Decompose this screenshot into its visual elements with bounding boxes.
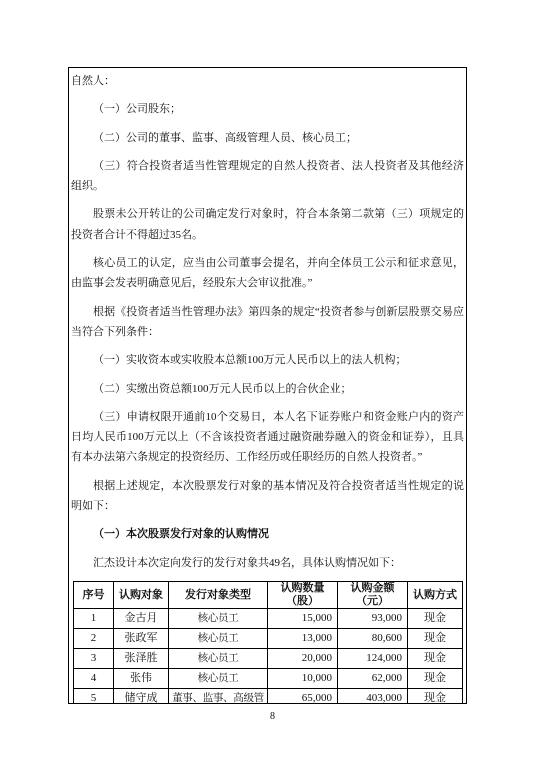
cell-amount: 403,000 [338,688,408,704]
cell-quantity: 65,000 [268,688,338,704]
cell-quantity: 13,000 [268,628,338,648]
header-quantity: 认购数量 （股） [268,581,338,608]
cell-seq: 5 [74,688,114,704]
paragraph-summary: 根据上述规定，本次股票发行对象的基本情况及符合投资者适当性规定的说明如下： [71,476,464,517]
cell-quantity: 10,000 [268,668,338,688]
cell-method: 现金 [408,628,463,648]
header-name: 认购对象 [114,581,169,608]
cell-method: 现金 [408,648,463,668]
header-amount-line2: （元） [340,595,405,608]
paragraph-item-1: （一）公司股东； [71,99,464,119]
cell-method: 现金 [408,688,463,704]
cell-amount: 80,600 [338,628,408,648]
table-row: 1 金古月 核心员工 15,000 93,000 现金 [74,608,463,628]
cell-amount: 124,000 [338,648,408,668]
cell-quantity: 15,000 [268,608,338,628]
cell-type: 董事、监事、高级管 [169,688,268,704]
cell-type: 核心员工 [169,608,268,628]
table-header-row: 序号 认购对象 发行对象类型 认购数量 （股） 认购金额 （元） 认购方式 [74,581,463,608]
paragraph-condition-3: （三）申请权限开通前10个交易日，本人名下证券账户和资金账户内的资产日均人民币1… [71,407,464,468]
paragraph-condition-1: （一）实收资本或实收股本总额100万元人民币以上的法人机构； [71,350,464,370]
header-amount: 认购金额 （元） [338,581,408,608]
table-row: 5 储守成 董事、监事、高级管 65,000 403,000 现金 [74,688,463,704]
header-seq: 序号 [74,581,114,608]
table-intro: 汇杰设计本次定向发行的发行对象共49名，具体认购情况如下： [71,553,464,573]
cell-name: 储守成 [114,688,169,704]
cell-type: 核心员工 [169,648,268,668]
table-row: 2 张政军 核心员工 13,000 80,600 现金 [74,628,463,648]
paragraph-investor-limit: 股票未公开转让的公司确定发行对象时，符合本条第二款第（三）项规定的投资者合计不得… [71,204,464,245]
cell-type: 核心员工 [169,668,268,688]
cell-quantity: 20,000 [268,648,338,668]
cell-name: 张政军 [114,628,169,648]
table-row: 3 张泽胜 核心员工 20,000 124,000 现金 [74,648,463,668]
cell-name: 金古月 [114,608,169,628]
cell-name: 张伟 [114,668,169,688]
document-page: 自然人： （一）公司股东； （二）公司的董事、监事、高级管理人员、核心员工； （… [68,67,467,704]
cell-method: 现金 [408,608,463,628]
header-method: 认购方式 [408,581,463,608]
subscription-table: 序号 认购对象 发行对象类型 认购数量 （股） 认购金额 （元） 认购方式 [73,581,463,704]
header-amount-line1: 认购金额 [340,582,405,595]
header-type: 发行对象类型 [169,581,268,608]
paragraph-condition-2: （二）实缴出资总额100万元人民币以上的合伙企业； [71,379,464,399]
cell-seq: 1 [74,608,114,628]
paragraph-measures-quote: 根据《投资者适当性管理办法》第四条的规定“投资者参与创新层股票交易应当符合下列条… [71,302,464,343]
cell-type: 核心员工 [169,628,268,648]
cell-seq: 2 [74,628,114,648]
subscription-table-wrap: 序号 认购对象 发行对象类型 认购数量 （股） 认购金额 （元） 认购方式 [73,581,462,704]
section-heading: （一）本次股票发行对象的认购情况 [71,524,464,544]
cell-amount: 93,000 [338,608,408,628]
cell-name: 张泽胜 [114,648,169,668]
page-number: 8 [0,711,545,722]
paragraph-core-employee: 核心员工的认定，应当由公司董事会提名，并向全体员工公示和征求意见，由监事会发表明… [71,253,464,294]
cell-method: 现金 [408,668,463,688]
cell-seq: 3 [74,648,114,668]
paragraph-item-3: （三）符合投资者适当性管理规定的自然人投资者、法人投资者及其他经济组织。 [71,156,464,197]
table-row: 4 张伟 核心员工 10,000 62,000 现金 [74,668,463,688]
header-quantity-line1: 认购数量 [270,582,335,595]
header-quantity-line2: （股） [270,595,335,608]
paragraph-item-2: （二）公司的董事、监事、高级管理人员、核心员工； [71,128,464,148]
cell-amount: 62,000 [338,668,408,688]
paragraph-continuation: 自然人： [71,71,464,91]
cell-seq: 4 [74,668,114,688]
